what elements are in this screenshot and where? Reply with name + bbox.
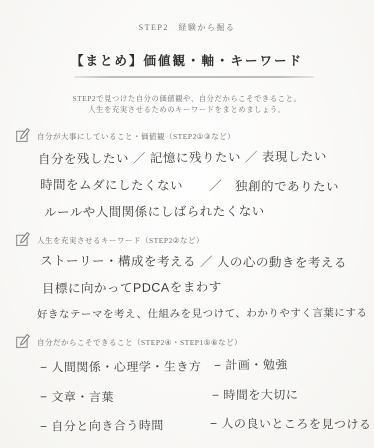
step-label: STEP2 経験から掘る (0, 22, 374, 33)
handwritten-note: − 時間を大切に (212, 389, 298, 401)
description-line: 人生を充実させるためのキーワードをまとめましょう。 (0, 105, 374, 115)
worksheet-page: STEP2 経験から掘る 【まとめ】価値観・軸・キーワード STEP2で見つけた… (0, 0, 374, 448)
handwritten-note: − 人間関係・心理学・生き方 (40, 361, 201, 374)
handwritten-note: 自分を残したい ／ 記憶に残りたい ／ 表現したい (38, 150, 327, 166)
handwritten-note: 時間をムダにしたくない ／ 独創的でありたい (40, 179, 339, 194)
section-values-header: 自分が大事にしていること・価値観（STEP2①③など） (15, 127, 235, 143)
title-divider (74, 76, 314, 78)
memo-edit-icon (15, 127, 30, 143)
handwritten-note: − 計画・勉強 (214, 359, 288, 372)
description-line: STEP2で見つけた自分の価値観や、自分だからこそできること。 (0, 94, 374, 104)
handwritten-note: ルールや人間関係にしばられたくない (44, 205, 265, 219)
handwritten-note: 目標に向かってPDCAをまわす (42, 281, 222, 295)
section-label: 自分が大事にしていること・価値観（STEP2①③など） (37, 127, 235, 142)
memo-edit-icon (15, 231, 30, 247)
memo-edit-icon (15, 333, 30, 349)
section-keywords-header: 人生を充実させるキーワード（STEP2②など） (15, 231, 204, 247)
handwritten-note: − 人の良いところを見つける (210, 417, 371, 430)
handwritten-note: ストーリー・構成を考える ／ 人の心の動きを考える (40, 255, 347, 270)
page-title: 【まとめ】価値観・軸・キーワード (0, 51, 374, 69)
handwritten-note: − 自分と向き合う時間 (40, 419, 164, 432)
section-label: 自分だからこそできること（STEP2④・STEP1⑤⑥など） (37, 333, 242, 348)
handwritten-note: 好きなテーマを考え、仕組みを見つけて、わかりやすく言葉にする (37, 308, 367, 320)
section-label: 人生を充実させるキーワード（STEP2②など） (37, 231, 204, 246)
handwritten-note: − 文章・言葉 (40, 391, 114, 404)
section-strengths-header: 自分だからこそできること（STEP2④・STEP1⑤⑥など） (15, 333, 242, 349)
